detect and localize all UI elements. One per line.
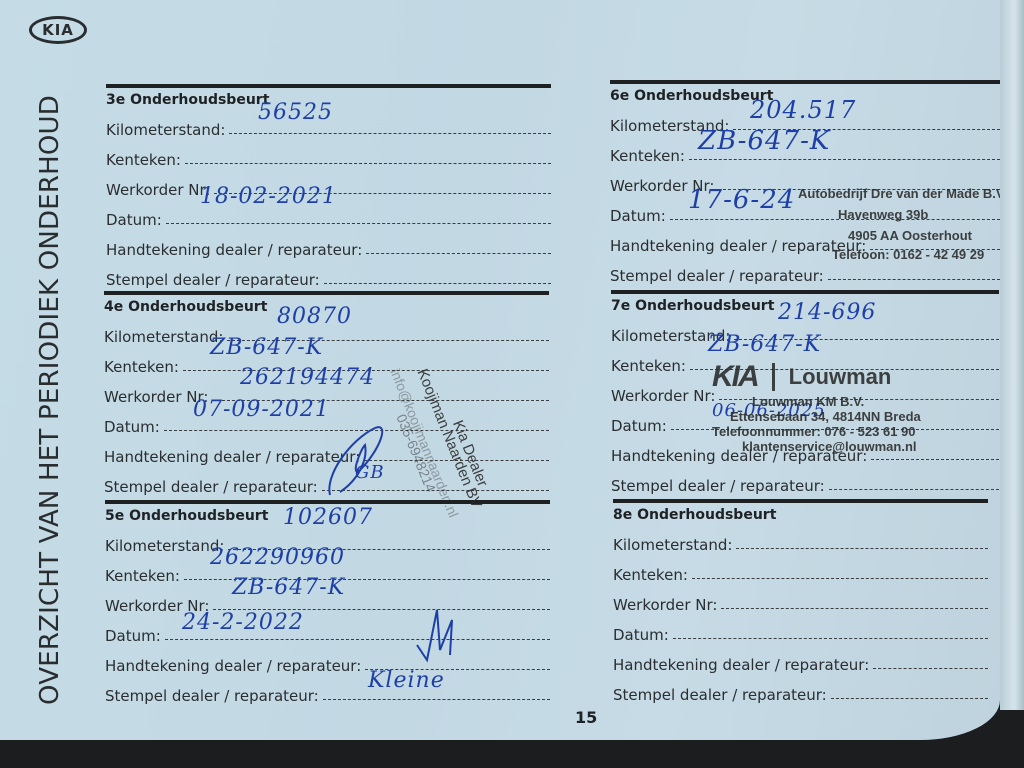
hand-datum-5: 24-2-2022 xyxy=(182,610,304,635)
side-title: OVERZICHT VAN HET PERIODIEK ONDERHOUD xyxy=(35,95,65,705)
field-kenteken: Kenteken: xyxy=(613,554,988,584)
field-stempel: Stempel dealer / reparateur: xyxy=(611,465,999,495)
section-rule xyxy=(610,80,1000,84)
hand-km-5: 102607 xyxy=(283,505,373,530)
hand-werkorder-4: 262194474 xyxy=(240,365,375,390)
field-werkorder: Werkorder Nr: xyxy=(613,584,988,614)
field-kenteken: Kenteken: xyxy=(106,139,551,169)
hand-km-7: 214-696 xyxy=(778,300,876,325)
field-stempel: Stempel dealer / reparateur: xyxy=(613,674,988,704)
hand-stempel-4: GB xyxy=(355,462,385,483)
field-stempel: Stempel dealer / reparateur: xyxy=(106,259,551,289)
field-handtekening: Handtekening dealer / reparateur: xyxy=(106,229,551,259)
section-rule xyxy=(104,291,549,295)
signature-5 xyxy=(412,605,462,665)
kia-logo-stamp: KIA xyxy=(712,360,758,394)
stamp-louwman: KIA Louwman Louwman KM B.V. Ettensebaan … xyxy=(712,360,982,454)
field-datum: Datum: xyxy=(105,615,550,645)
section-8: 8e Onderhoudsbeurt Kilometerstand: Kente… xyxy=(613,499,988,704)
hand-km-6: 204.517 xyxy=(750,96,856,124)
stamp-dre-van-der-made: Autobedrijf Dre van der Made B.V. Havenw… xyxy=(798,186,1008,262)
hand-datum-6: 17-6-24 xyxy=(688,185,795,215)
hand-datum-4: 07-09-2021 xyxy=(193,397,330,422)
hand-kenteken-6: ZB-647-K xyxy=(698,126,830,156)
hand-datum-3: 18-02-2021 xyxy=(200,184,337,209)
hand-stempel-5: Kleine xyxy=(368,668,445,693)
section-heading: 8e Onderhoudsbeurt xyxy=(613,506,988,524)
hand-kenteken-7: ZB-647-K xyxy=(708,332,821,357)
section-rule xyxy=(611,290,999,294)
signature-4 xyxy=(320,420,390,500)
kia-logo: KIA xyxy=(29,16,87,44)
stamp-koojiman: Kia Dealer Koojiman Naarden BV 035-69482… xyxy=(395,325,565,585)
page-number: 15 xyxy=(575,708,597,727)
hand-km-3: 56525 xyxy=(258,100,333,125)
hand-km-4: 80870 xyxy=(277,304,352,329)
page-edge xyxy=(1000,0,1024,710)
field-handtekening: Handtekening dealer / reparateur: xyxy=(613,644,988,674)
hand-kenteken-5: 262290960 xyxy=(210,545,345,570)
field-handtekening: Handtekening dealer / reparateur: xyxy=(105,645,550,675)
section-rule xyxy=(613,499,988,503)
hand-kenteken-4: ZB-647-K xyxy=(210,335,323,360)
hand-werkorder-5: ZB-647-K xyxy=(232,575,345,600)
field-datum: Datum: xyxy=(613,614,988,644)
field-kilometerstand: Kilometerstand: xyxy=(613,524,988,554)
field-stempel: Stempel dealer / reparateur: xyxy=(105,675,550,705)
booklet-page: KIA OVERZICHT VAN HET PERIODIEK ONDERHOU… xyxy=(0,0,1000,740)
section-rule xyxy=(106,84,551,88)
